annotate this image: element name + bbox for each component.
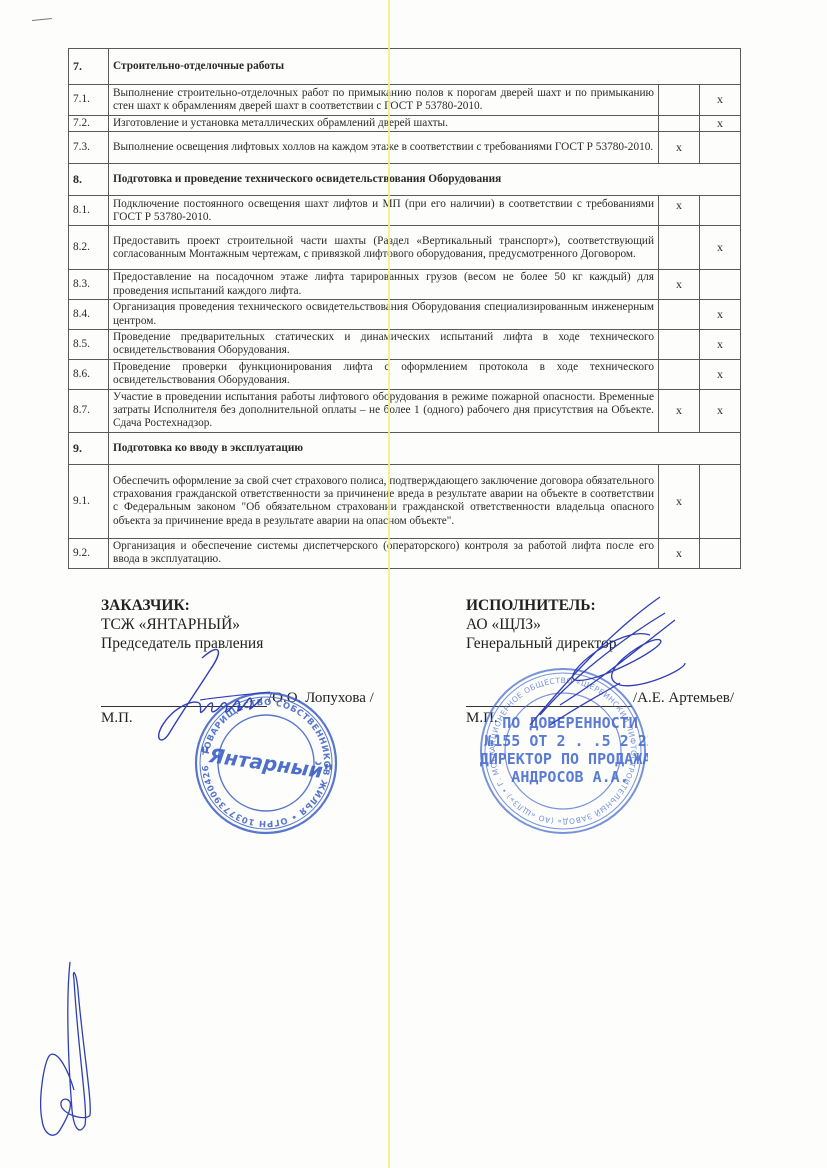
customer-organization: ТСЖ «ЯНТАРНЫЙ»: [101, 615, 263, 634]
svg-text:ТОВАРИЩЕСТВО СОБСТВЕННИКОВ ЖИЛ: ТОВАРИЩЕСТВО СОБСТВЕННИКОВ ЖИЛЬЯ • ОГРН …: [193, 690, 331, 828]
row-number: 8.5.: [69, 330, 109, 360]
customer-responsibility-mark: x: [659, 196, 700, 226]
table-row: 8.6.Проведение проверки функционирования…: [69, 359, 741, 389]
contractor-responsibility-mark: [700, 196, 741, 226]
customer-responsibility-mark: x: [659, 464, 700, 538]
customer-responsibility-mark: x: [659, 132, 700, 164]
contractor-responsibility-mark: [700, 538, 741, 568]
row-number: 8.6.: [69, 359, 109, 389]
customer-responsibility-mark: [659, 85, 700, 116]
contractor-responsibility-mark: x: [700, 116, 741, 132]
row-number: 8.4.: [69, 300, 109, 330]
section-title: Подготовка и проведение технического осв…: [109, 164, 741, 196]
svg-text:ДИРЕКТОР ПО ПРОДАЖАМ: ДИРЕКТОР ПО ПРОДАЖАМ: [480, 750, 648, 768]
customer-responsibility-mark: x: [659, 389, 700, 432]
contractor-responsibility-mark: [700, 270, 741, 300]
table-row: 9.1.Обеспечить оформление за свой счет с…: [69, 464, 741, 538]
customer-signer-name: /О.О. Лопухова /: [268, 690, 374, 707]
contractor-responsibility-mark: x: [700, 85, 741, 116]
row-description: Проведение проверки функционирования лиф…: [109, 359, 659, 389]
svg-text:ПО ДОВЕРЕННОСТИ: ПО ДОВЕРЕННОСТИ: [502, 714, 637, 732]
customer-block: ЗАКАЗЧИК: ТСЖ «ЯНТАРНЫЙ» Председатель пр…: [101, 596, 263, 653]
contractor-signature-line: [466, 706, 632, 707]
section-number: 8.: [69, 164, 109, 196]
initials-signature-icon: [30, 960, 110, 1150]
table-row: 8.3.Предоставление на посадочном этаже л…: [69, 270, 741, 300]
section-header-row: 8.Подготовка и проведение технического о…: [69, 164, 741, 196]
row-number: 9.2.: [69, 538, 109, 568]
section-header-row: 7.Строительно-отделочные работы: [69, 49, 741, 85]
customer-stamp-icon: ТОВАРИЩЕСТВО СОБСТВЕННИКОВ ЖИЛЬЯ • ОГРН …: [193, 690, 339, 836]
customer-responsibility-mark: [659, 330, 700, 360]
row-description: Организация и обеспечение системы диспет…: [109, 538, 659, 568]
row-number: 9.1.: [69, 464, 109, 538]
row-description: Выполнение освещения лифтовых холлов на …: [109, 132, 659, 164]
contractor-responsibility-mark: x: [700, 330, 741, 360]
row-number: 7.1.: [69, 85, 109, 116]
svg-text:АКЦИОНЕРНОЕ ОБЩЕСТВО «ЩЕРБИНСК: АКЦИОНЕРНОЕ ОБЩЕСТВО «ЩЕРБИНСКИЙ ЛИФТОСТ…: [478, 666, 638, 826]
customer-responsibility-mark: [659, 359, 700, 389]
row-description: Проведение предварительных статических и…: [109, 330, 659, 360]
contractor-responsibility-mark: [700, 132, 741, 164]
customer-responsibility-mark: [659, 116, 700, 132]
contractor-responsibility-mark: [700, 464, 741, 538]
customer-responsibility-mark: x: [659, 538, 700, 568]
svg-text:"Янтарный": "Янтарный": [197, 742, 334, 785]
table-row: 9.2.Организация и обеспечение системы ди…: [69, 538, 741, 568]
contractor-responsibility-mark: x: [700, 359, 741, 389]
contractor-position: Генеральный директор: [466, 634, 617, 653]
row-number: 8.2.: [69, 226, 109, 270]
customer-responsibility-mark: [659, 226, 700, 270]
section-header-row: 9.Подготовка ко вводу в эксплуатацию: [69, 432, 741, 464]
svg-text:№155 ОТ 2 . .5 2 22: №155 ОТ 2 . .5 2 22: [484, 732, 648, 750]
contractor-block: ИСПОЛНИТЕЛЬ: АО «ЩЛЗ» Генеральный директ…: [466, 596, 617, 653]
customer-responsibility-mark: x: [659, 270, 700, 300]
section-title: Подготовка ко вводу в эксплуатацию: [109, 432, 741, 464]
customer-signature-line: [101, 706, 267, 707]
row-description: Обеспечить оформление за свой счет страх…: [109, 464, 659, 538]
contractor-responsibility-mark: x: [700, 389, 741, 432]
row-number: 8.1.: [69, 196, 109, 226]
table-row: 8.5.Проведение предварительных статическ…: [69, 330, 741, 360]
customer-position: Председатель правления: [101, 634, 263, 653]
table-row: 7.2.Изготовление и установка металлическ…: [69, 116, 741, 132]
row-number: 8.7.: [69, 389, 109, 432]
scan-artifact: [32, 17, 90, 23]
works-table: 7.Строительно-отделочные работы7.1.Выпол…: [68, 48, 741, 569]
table-row: 7.1.Выполнение строительно-отделочных ра…: [69, 85, 741, 116]
row-description: Организация проведения технического осви…: [109, 300, 659, 330]
contractor-seal-label: М.П.: [466, 710, 498, 727]
section-number: 9.: [69, 432, 109, 464]
row-description: Предоставить проект строительной части ш…: [109, 226, 659, 270]
row-description: Участие в проведении испытания работы ли…: [109, 389, 659, 432]
customer-responsibility-mark: [659, 300, 700, 330]
row-number: 7.2.: [69, 116, 109, 132]
contractor-organization: АО «ЩЛЗ»: [466, 615, 617, 634]
contractor-signer-name: /А.Е. Артемьев/: [633, 690, 734, 707]
table-row: 8.4.Организация проведения технического …: [69, 300, 741, 330]
table-row: 8.1.Подключение постоянного освещения ша…: [69, 196, 741, 226]
contractor-heading: ИСПОЛНИТЕЛЬ:: [466, 596, 617, 615]
contractor-stamp-icon: АКЦИОНЕРНОЕ ОБЩЕСТВО «ЩЕРБИНСКИЙ ЛИФТОСТ…: [478, 666, 648, 836]
row-description: Изготовление и установка металлических о…: [109, 116, 659, 132]
row-description: Предоставление на посадочном этаже лифта…: [109, 270, 659, 300]
row-description: Выполнение строительно-отделочных работ …: [109, 85, 659, 116]
section-number: 7.: [69, 49, 109, 85]
table-row: 7.3.Выполнение освещения лифтовых холлов…: [69, 132, 741, 164]
row-number: 7.3.: [69, 132, 109, 164]
table-row: 8.7.Участие в проведении испытания работ…: [69, 389, 741, 432]
contractor-responsibility-mark: x: [700, 226, 741, 270]
customer-seal-label: М.П.: [101, 710, 133, 727]
row-number: 8.3.: [69, 270, 109, 300]
svg-text:АНДРОСОВ А.А.: АНДРОСОВ А.А.: [511, 768, 628, 786]
row-description: Подключение постоянного освещения шахт л…: [109, 196, 659, 226]
section-title: Строительно-отделочные работы: [109, 49, 741, 85]
contractor-responsibility-mark: x: [700, 300, 741, 330]
customer-heading: ЗАКАЗЧИК:: [101, 596, 263, 615]
table-row: 8.2.Предоставить проект строительной час…: [69, 226, 741, 270]
